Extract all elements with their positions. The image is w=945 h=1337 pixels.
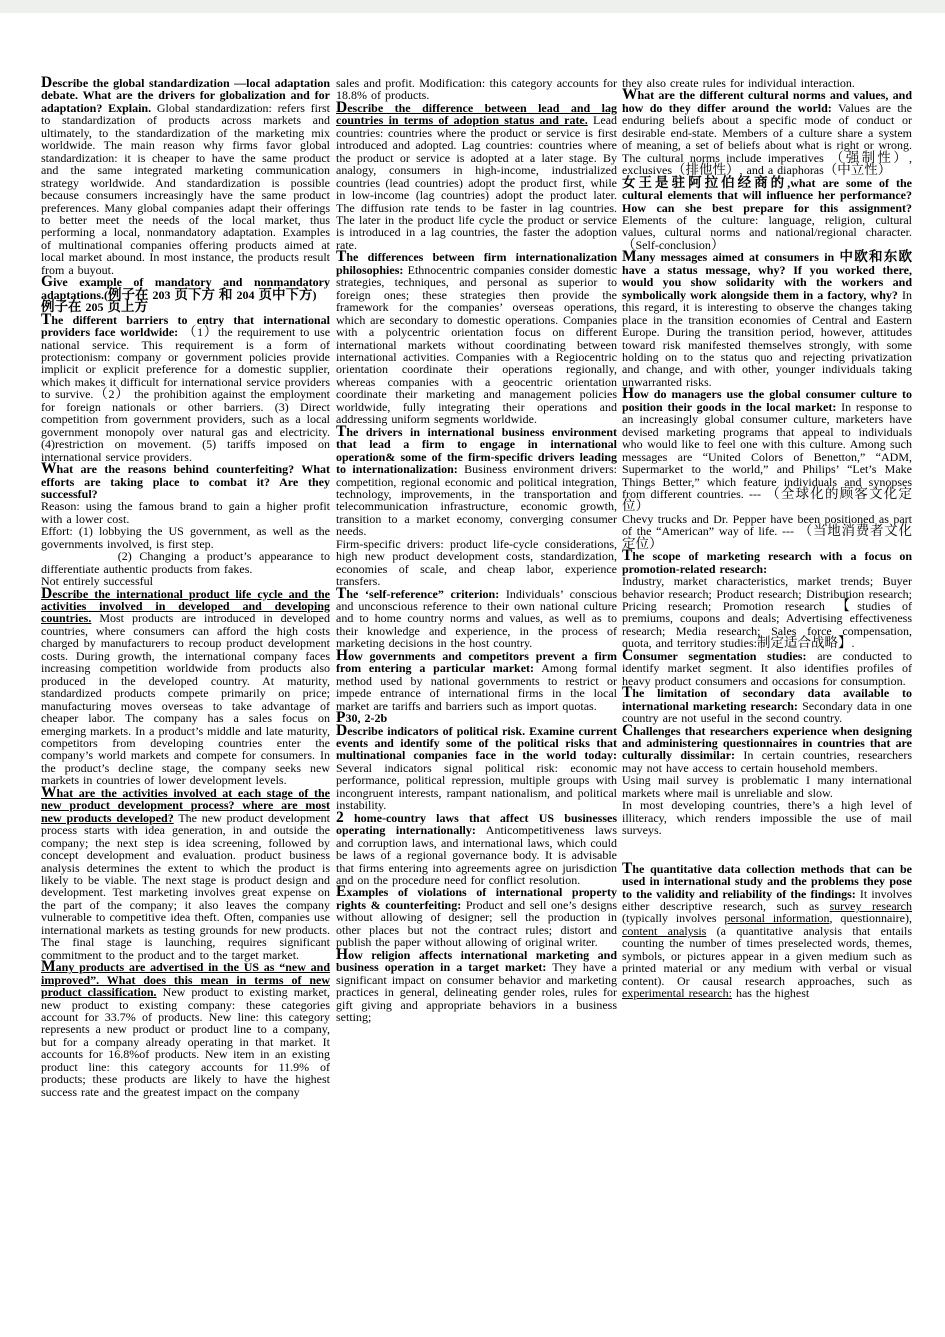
chinese-text: （全球化的顾客文化定位）: [622, 486, 912, 513]
answer-text: Elements of the culture: language, relig…: [622, 213, 912, 252]
answer-text: The new product development process star…: [41, 811, 330, 962]
qa-section: The quantitative data collection methods…: [622, 863, 912, 1000]
initial-capital: D: [336, 99, 347, 116]
qa-section: How religion affects international marke…: [336, 949, 617, 1024]
answer-text: In this regard, it is interesting to obs…: [622, 288, 912, 389]
question-heading: Describe the difference between lead and…: [336, 101, 617, 127]
answer-text: Global standardization: refers first to …: [41, 101, 330, 277]
answer-text: has the highest: [732, 986, 809, 1000]
qa-section: The scope of marketing research with a f…: [622, 550, 912, 575]
underlined-term: experimental research:: [622, 986, 732, 1000]
answer-text: In response to an increasingly global co…: [622, 400, 912, 514]
qa-section: What are the different cultural norms an…: [622, 89, 912, 176]
qa-section: Many products are advertised in the US a…: [41, 961, 330, 1098]
chinese-text: 页下方: [175, 287, 216, 302]
initial-capital: T: [336, 248, 346, 265]
question-heading: The scope of marketing research with a f…: [622, 549, 912, 575]
chinese-text: 子在: [55, 299, 82, 314]
chinese-text: 页上方: [108, 299, 149, 314]
qa-section: 2 home-country laws that affect US busin…: [336, 812, 617, 887]
answer-paragraph: In most developing countries, there’s a …: [622, 799, 912, 836]
qa-section: 女王是驻阿拉伯经商的,what are some of the cultural…: [622, 177, 912, 252]
initial-capital: T: [622, 684, 632, 701]
chinese-text: （当地消费者文化定位）: [622, 523, 912, 550]
answer-paragraph: Using mail survey is problematic I many …: [622, 774, 912, 799]
initial-capital: G: [41, 273, 53, 290]
initial-capital: T: [622, 860, 632, 877]
text-column-3: they also create rules for individual in…: [622, 77, 912, 1000]
qa-section: Describe the global standardization —loc…: [41, 77, 330, 276]
qa-section: The drivers in international business en…: [336, 426, 617, 538]
initial-capital: 女: [622, 175, 639, 190]
chinese-text: 王是驻阿拉伯经商的: [639, 175, 788, 190]
question-heading: What are the reasons behind counterfeiti…: [41, 462, 330, 501]
chinese-text: ）: [203, 324, 218, 339]
answer-paragraph: Effort: (1) lobbying the US government, …: [41, 525, 330, 550]
answer-paragraph: Chevy trucks and Dr. Pepper have been po…: [622, 513, 912, 550]
qa-section: P30, 2-2b: [336, 712, 617, 724]
question-heading: Describe indicators of political risk. E…: [336, 724, 617, 763]
initial-capital: W: [41, 460, 57, 477]
qa-section: Consumer segmentation studies: are condu…: [622, 650, 912, 687]
initial-capital: 2: [336, 809, 344, 826]
document-page: Describe the global standardization —loc…: [0, 13, 945, 1337]
qa-section: The limitation of secondary data availab…: [622, 687, 912, 724]
text-column-2: sales and profit. Modification: this cat…: [336, 77, 617, 1023]
initial-capital: M: [41, 958, 56, 975]
qa-section: Describe indicators of political risk. E…: [336, 725, 617, 812]
qa-section: The different barriers to entry that int…: [41, 314, 330, 463]
scan-edge-band: [0, 0, 945, 13]
initial-capital: H: [336, 647, 348, 664]
initial-capital: E: [336, 883, 346, 900]
qa-section: The ‘self-reference” criterion: Individu…: [336, 588, 617, 650]
chinese-text: ）: [114, 386, 129, 401]
chinese-text: 中欧和东欧: [840, 249, 913, 264]
qa-section: What are the activities involved at each…: [41, 787, 330, 961]
qa-section: What are the reasons behind counterfeiti…: [41, 463, 330, 500]
initial-capital: D: [41, 585, 52, 602]
answer-text: Several indicators signal political risk…: [336, 761, 617, 812]
qa-section: Examples of violations of international …: [336, 886, 617, 948]
qa-section: Describe the difference between lead and…: [336, 102, 617, 251]
qa-section: How do managers use the global consumer …: [622, 388, 912, 513]
answer-text: sales and profit. Modification: this cat…: [336, 76, 617, 102]
chinese-text: 页中下方: [259, 287, 313, 302]
text-column-1: Describe the global standardization —loc…: [41, 77, 330, 1098]
answer-text: Lead countries: countries where the prod…: [336, 113, 617, 252]
chinese-text: （: [183, 324, 197, 339]
answer-text: Ethnocentric companies consider domestic…: [336, 263, 617, 426]
qa-section: The differences between firm internation…: [336, 251, 617, 425]
initial-capital: D: [336, 722, 347, 739]
answer-paragraph: Reason: using the famous brand to gain a…: [41, 500, 330, 525]
answer-paragraph: Industry, market characteristics, market…: [622, 575, 912, 650]
initial-capital: W: [41, 784, 57, 801]
question-heading: Many messages aimed at consumers in 中欧和东…: [622, 250, 912, 301]
chinese-text: （: [93, 386, 108, 401]
answer-paragraph: Not entirely successful: [41, 575, 330, 587]
qa-section: 例子在 205 页上方: [41, 301, 330, 313]
answer-text: （1）the requirement to use national servi…: [41, 325, 330, 464]
initial-capital: H: [622, 385, 634, 402]
qa-section: Challenges that researchers experience w…: [622, 725, 912, 775]
question-heading: Give example of mandatory and nonmandato…: [41, 275, 330, 301]
chinese-text: 和: [219, 287, 233, 302]
initial-capital: W: [622, 86, 638, 103]
initial-capital: T: [622, 547, 632, 564]
chinese-text: 【: [836, 598, 857, 613]
initial-capital: M: [622, 248, 637, 265]
initial-capital: C: [622, 722, 633, 739]
initial-capital: T: [336, 423, 346, 440]
answer-text: Most products are introduced in develope…: [41, 611, 330, 787]
answer-paragraph: (2) Changing a product’s appearance to d…: [41, 550, 330, 575]
chinese-text: （中立性）: [824, 162, 892, 177]
initial-capital: D: [41, 74, 52, 91]
qa-section: Many messages aimed at consumers in 中欧和东…: [622, 251, 912, 388]
question-heading: 女王是驻阿拉伯经商的,what are some of the cultural…: [622, 176, 912, 215]
answer-paragraph: Firm-specific drivers: product life-cycl…: [336, 538, 617, 588]
qa-section: How governments and competitors prevent …: [336, 650, 617, 712]
initial-capital: H: [336, 946, 348, 963]
continuation-text-block: sales and profit. Modification: this cat…: [336, 77, 617, 102]
qa-section: Describe the international product life …: [41, 588, 330, 787]
answer-text: New product to existing market, new prod…: [41, 985, 330, 1099]
qa-section: Give example of mandatory and nonmandato…: [41, 276, 330, 301]
initial-capital: T: [41, 311, 51, 328]
